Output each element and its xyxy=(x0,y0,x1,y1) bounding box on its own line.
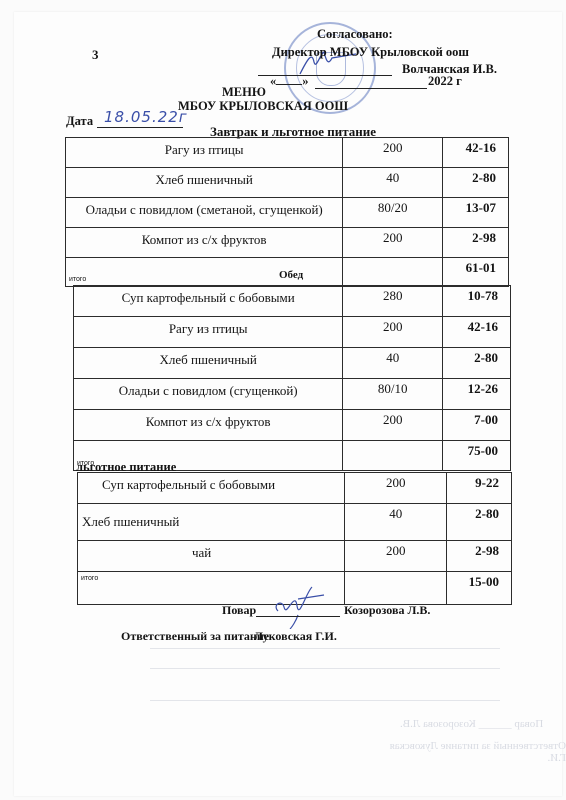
dish-price: 12-26 xyxy=(443,379,511,410)
dish-weight: 200 xyxy=(343,138,443,168)
director-position: Директор МБОУ Крыловской оош xyxy=(272,45,469,60)
table-row: Компот из с/х фруктов 200 7-00 xyxy=(74,410,511,441)
dish-price: 13-07 xyxy=(443,198,509,228)
dish-price: 9-22 xyxy=(447,473,512,504)
dish-name: Рагу из птицы xyxy=(66,138,343,168)
table-row: Суп картофельный с бобовыми 200 9-22 xyxy=(78,473,512,504)
dish-price: 2-98 xyxy=(443,228,509,258)
dish-weight: 200 xyxy=(345,541,447,572)
dish-name: Хлеб пшеничный xyxy=(78,504,345,541)
cook-signature-line xyxy=(256,616,340,617)
show-through-text: Ответственный за питание Луковская Г.И. xyxy=(370,740,566,764)
show-through-line xyxy=(150,700,500,701)
dish-price: 7-00 xyxy=(443,410,511,441)
dish-price: 10-78 xyxy=(443,286,511,317)
approval-date-day: «» xyxy=(270,74,309,89)
table-row: Оладьи с повидлом (сметаной, сгущенкой) … xyxy=(66,198,509,228)
total-price: 15-00 xyxy=(447,572,512,605)
dish-name: Суп картофельный с бобовыми xyxy=(74,286,343,317)
dish-name: чай xyxy=(78,541,345,572)
dish-price: 2-80 xyxy=(447,504,512,541)
dish-weight: 80/20 xyxy=(343,198,443,228)
dish-name: Компот из с/х фруктов xyxy=(74,410,343,441)
quote-close: » xyxy=(302,74,308,88)
section-title-lunch: Обед xyxy=(279,269,303,281)
dish-weight: 200 xyxy=(343,228,443,258)
dish-weight: 200 xyxy=(343,317,443,348)
day-blank xyxy=(276,84,302,85)
dish-price: 42-16 xyxy=(443,317,511,348)
dish-name: Оладьи с повидлом (сгущенкой) xyxy=(74,379,343,410)
dish-price: 2-80 xyxy=(443,348,511,379)
approval-year: 2022 г xyxy=(428,74,462,89)
cook-name: Козорозова Л.В. xyxy=(344,603,430,618)
show-through-text: Повар ______ Козорозова Л.В. xyxy=(400,718,543,730)
table-row: чай 200 2-98 xyxy=(78,541,512,572)
date-label: Дата xyxy=(66,114,93,129)
table-row: Хлеб пшеничный 40 2-80 xyxy=(66,168,509,198)
dish-weight: 40 xyxy=(343,348,443,379)
date-value-handwritten: 18.05.22г xyxy=(104,108,188,126)
show-through-line xyxy=(150,648,500,649)
dish-name: Хлеб пшеничный xyxy=(66,168,343,198)
table-row: Рагу из птицы 200 42-16 xyxy=(66,138,509,168)
dish-name: Оладьи с повидлом (сметаной, сгущенкой) xyxy=(66,198,343,228)
menu-title: МЕНЮ xyxy=(222,85,266,100)
dish-weight: 40 xyxy=(343,168,443,198)
table-row: Оладьи с повидлом (сгущенкой) 80/10 12-2… xyxy=(74,379,511,410)
table-row: Компот из с/х фруктов 200 2-98 xyxy=(66,228,509,258)
school-title: МБОУ КРЫЛОВСКАЯ ООШ xyxy=(178,99,348,114)
total-weight-empty xyxy=(343,258,443,287)
dish-name: Хлеб пшеничный xyxy=(74,348,343,379)
approval-month-line xyxy=(315,88,427,89)
table-row: Хлеб пшеничный 40 2-80 xyxy=(74,348,511,379)
breakfast-table: Рагу из птицы 200 42-16 Хлеб пшеничный 4… xyxy=(65,137,509,287)
total-weight-empty xyxy=(343,441,443,471)
table-row: Хлеб пшеничный 40 2-80 xyxy=(78,504,512,541)
dish-weight: 200 xyxy=(343,410,443,441)
total-weight-empty xyxy=(345,572,447,605)
table-row: Рагу из птицы 200 42-16 xyxy=(74,317,511,348)
cook-label: Повар xyxy=(222,603,256,618)
dish-weight: 80/10 xyxy=(343,379,443,410)
date-line xyxy=(97,127,183,128)
dish-weight: 200 xyxy=(345,473,447,504)
lunch-table: Суп картофельный с бобовыми 280 10-78 Ра… xyxy=(73,285,511,471)
quote-open: « xyxy=(270,74,276,88)
dish-price: 42-16 xyxy=(443,138,509,168)
dish-price: 2-98 xyxy=(447,541,512,572)
total-price: 75-00 xyxy=(443,441,511,471)
responsible-name: Луковская Г.И. xyxy=(254,629,337,644)
table-row: Суп картофельный с бобовыми 280 10-78 xyxy=(74,286,511,317)
agreed-label: Согласовано: xyxy=(317,27,393,42)
dish-name: Компот из с/х фруктов xyxy=(66,228,343,258)
show-through-line xyxy=(150,668,500,669)
cook-signature xyxy=(268,585,326,629)
responsible-label: Ответственный за питание xyxy=(121,629,269,644)
dish-weight: 40 xyxy=(345,504,447,541)
dish-weight: 280 xyxy=(343,286,443,317)
dish-name: Суп картофельный с бобовыми xyxy=(78,473,345,504)
dish-price: 2-80 xyxy=(443,168,509,198)
page-number: 3 xyxy=(92,47,99,63)
dish-name: Рагу из птицы xyxy=(74,317,343,348)
total-price: 61-01 xyxy=(443,258,509,287)
